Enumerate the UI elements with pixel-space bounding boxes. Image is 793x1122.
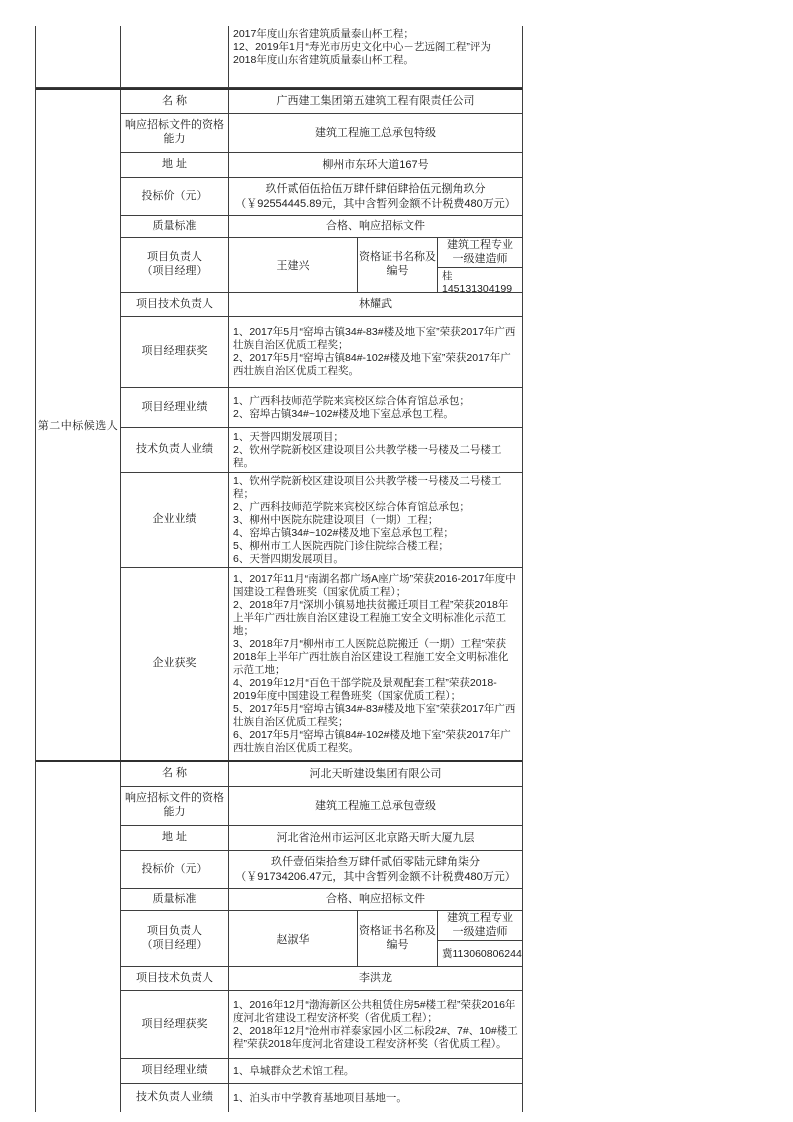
manager-label: 项目负责人 （项目经理） xyxy=(121,238,229,292)
manager-awards-value: 1、2017年5月“窑埠古镇34#-83#楼及地下室”荣获2017年广西壮族自治… xyxy=(229,317,522,387)
row-address: 地 址 柳州市东环大道167号 xyxy=(121,153,522,178)
candidate3-block: 名 称 河北天昕建设集团有限公司 响应招标文件的资格 能力 建筑工程施工总承包壹… xyxy=(36,760,522,1112)
bid-price-label: 投标价（元） xyxy=(121,178,229,215)
row-address: 地 址 河北省沧州市运河区北京路天昕大厦九层 xyxy=(121,826,522,851)
manager-performance-label: 项目经理业绩 xyxy=(121,388,229,427)
manager-name: 赵淑华 xyxy=(229,911,358,966)
company-performance-value: 1、钦州学院新校区建设项目公共教学楼一号楼及二号楼工程； 2、广西科技师范学院来… xyxy=(229,473,522,567)
manager-performance-value: 1、阜城群众艺术馆工程。 xyxy=(229,1059,522,1083)
company-performance-label: 企业业绩 xyxy=(121,473,229,567)
row-company-performance: 企业业绩 1、钦州学院新校区建设项目公共教学楼一号楼及二号楼工程； 2、广西科技… xyxy=(121,473,522,568)
row-bid-price: 投标价（元） 玖仟贰佰伍拾伍万肆仟肆佰肆拾伍元捌角玖分 （￥92554445.8… xyxy=(121,178,522,216)
manager-label: 项目负责人 （项目经理） xyxy=(121,911,229,966)
quality-label: 质量标准 xyxy=(121,889,229,910)
scanned-document-page: { "labels": { "name": "名 称", "qualificat… xyxy=(0,0,793,1122)
continuation-label-spacer xyxy=(121,26,229,87)
row-name: 名 称 河北天昕建设集团有限公司 xyxy=(121,762,522,787)
cert-title: 建筑工程专业 一级建造师 xyxy=(438,238,522,268)
cert-cells: 建筑工程专业 一级建造师 冀113060806244 xyxy=(438,911,522,966)
tech-leader-label: 项目技术负责人 xyxy=(121,967,229,990)
row-bid-price: 投标价（元） 玖仟壹佰柒拾叁万肆仟贰佰零陆元肆角柒分 （￥91734206.47… xyxy=(121,851,522,889)
cert-title: 建筑工程专业 一级建造师 xyxy=(438,911,522,941)
row-tech-leader: 项目技术负责人 李洪龙 xyxy=(121,967,522,991)
continuation-row: 2017年度山东省建筑质量泰山杯工程； 12、2019年1月“寿光市历史文化中心… xyxy=(36,26,522,88)
company-name: 广西建工集团第五建筑工程有限责任公司 xyxy=(229,90,522,113)
qualification-label: 响应招标文件的资格 能力 xyxy=(121,114,229,152)
row-qualification: 响应招标文件的资格 能力 建筑工程施工总承包壹级 xyxy=(121,787,522,826)
row-manager-performance: 项目经理业绩 1、阜城群众艺术馆工程。 xyxy=(121,1059,522,1084)
row-project-manager: 项目负责人 （项目经理） 王建兴 资格证书名称及 编号 建筑工程专业 一级建造师… xyxy=(121,238,522,293)
row-manager-performance: 项目经理业绩 1、广西科技师范学院来宾校区综合体育馆总承包； 2、窑埠古镇34#… xyxy=(121,388,522,428)
cert-cells: 建筑工程专业 一级建造师 桂145131304199 xyxy=(438,238,522,292)
row-name: 名 称 广西建工集团第五建筑工程有限责任公司 xyxy=(121,90,522,114)
row-tech-leader: 项目技术负责人 林耀武 xyxy=(121,293,522,317)
candidate3-role-label xyxy=(36,762,121,1112)
name-label: 名 称 xyxy=(121,762,229,786)
cert-number: 桂145131304199 xyxy=(438,268,522,295)
row-tech-performance: 技术负责人业绩 1、天誉四期发展项目； 2、钦州学院新校区建设项目公共教学楼一号… xyxy=(121,428,522,473)
manager-performance-value: 1、广西科技师范学院来宾校区综合体育馆总承包； 2、窑埠古镇34#~102#楼及… xyxy=(229,388,522,427)
continuation-text: 2017年度山东省建筑质量泰山杯工程； 12、2019年1月“寿光市历史文化中心… xyxy=(229,26,522,87)
row-tech-performance: 技术负责人业绩 1、泊头市中学教育基地项目基地一。 xyxy=(121,1084,522,1112)
company-name: 河北天昕建设集团有限公司 xyxy=(229,762,522,786)
address-label: 地 址 xyxy=(121,153,229,177)
tech-performance-value: 1、泊头市中学教育基地项目基地一。 xyxy=(229,1084,522,1112)
cert-number: 冀113060806244 xyxy=(438,941,522,966)
manager-performance-label: 项目经理业绩 xyxy=(121,1059,229,1083)
candidate2-role-label: 第二中标候选人 xyxy=(36,90,121,760)
company-awards-value: 1、2017年11月“南湖名都广场A座广场”荣获2016-2017年度中国建设工… xyxy=(229,568,522,760)
quality-value: 合格、响应招标文件 xyxy=(229,889,522,910)
address-value: 河北省沧州市运河区北京路天昕大厦九层 xyxy=(229,826,522,850)
row-manager-awards: 项目经理获奖 1、2017年5月“窑埠古镇34#-83#楼及地下室”荣获2017… xyxy=(121,317,522,388)
address-value: 柳州市东环大道167号 xyxy=(229,153,522,177)
manager-awards-value: 1、2016年12月“渤海新区公共租赁住房5#楼工程”荣获2016年度河北省建设… xyxy=(229,991,522,1058)
row-qualification: 响应招标文件的资格 能力 建筑工程施工总承包特级 xyxy=(121,114,522,153)
bid-price-value: 玖仟壹佰柒拾叁万肆仟贰佰零陆元肆角柒分 （￥91734206.47元，其中含暂列… xyxy=(229,851,522,888)
address-label: 地 址 xyxy=(121,826,229,850)
tech-leader-value: 林耀武 xyxy=(229,293,522,316)
bid-price-label: 投标价（元） xyxy=(121,851,229,888)
manager-awards-label: 项目经理获奖 xyxy=(121,317,229,387)
row-quality-standard: 质量标准 合格、响应招标文件 xyxy=(121,216,522,238)
tech-leader-value: 李洪龙 xyxy=(229,967,522,990)
manager-name: 王建兴 xyxy=(229,238,358,292)
tech-leader-label: 项目技术负责人 xyxy=(121,293,229,316)
candidate2-rows: 名 称 广西建工集团第五建筑工程有限责任公司 响应招标文件的资格 能力 建筑工程… xyxy=(121,90,522,760)
cert-label: 资格证书名称及 编号 xyxy=(358,238,438,292)
cert-label: 资格证书名称及 编号 xyxy=(358,911,438,966)
name-label: 名 称 xyxy=(121,90,229,113)
bid-price-value: 玖仟贰佰伍拾伍万肆仟肆佰肆拾伍元捌角玖分 （￥92554445.89元，其中含暂… xyxy=(229,178,522,215)
company-awards-label: 企业获奖 xyxy=(121,568,229,760)
row-company-awards: 企业获奖 1、2017年11月“南湖名都广场A座广场”荣获2016-2017年度… xyxy=(121,568,522,760)
row-project-manager: 项目负责人 （项目经理） 赵淑华 资格证书名称及 编号 建筑工程专业 一级建造师… xyxy=(121,911,522,967)
tech-performance-label: 技术负责人业绩 xyxy=(121,428,229,472)
qualification-value: 建筑工程施工总承包壹级 xyxy=(229,787,522,825)
row-quality-standard: 质量标准 合格、响应招标文件 xyxy=(121,889,522,911)
quality-label: 质量标准 xyxy=(121,216,229,237)
tech-performance-label: 技术负责人业绩 xyxy=(121,1084,229,1112)
qualification-label: 响应招标文件的资格 能力 xyxy=(121,787,229,825)
row-manager-awards: 项目经理获奖 1、2016年12月“渤海新区公共租赁住房5#楼工程”荣获2016… xyxy=(121,991,522,1059)
qualification-value: 建筑工程施工总承包特级 xyxy=(229,114,522,152)
candidate3-rows: 名 称 河北天昕建设集团有限公司 响应招标文件的资格 能力 建筑工程施工总承包壹… xyxy=(121,762,522,1112)
candidate2-block: 第二中标候选人 名 称 广西建工集团第五建筑工程有限责任公司 响应招标文件的资格… xyxy=(36,88,522,760)
continuation-role-spacer xyxy=(36,26,121,87)
quality-value: 合格、响应招标文件 xyxy=(229,216,522,237)
tech-performance-value: 1、天誉四期发展项目； 2、钦州学院新校区建设项目公共教学楼一号楼及二号楼工程。 xyxy=(229,428,522,472)
manager-awards-label: 项目经理获奖 xyxy=(121,991,229,1058)
winning-candidates-table: 2017年度山东省建筑质量泰山杯工程； 12、2019年1月“寿光市历史文化中心… xyxy=(35,26,523,1112)
